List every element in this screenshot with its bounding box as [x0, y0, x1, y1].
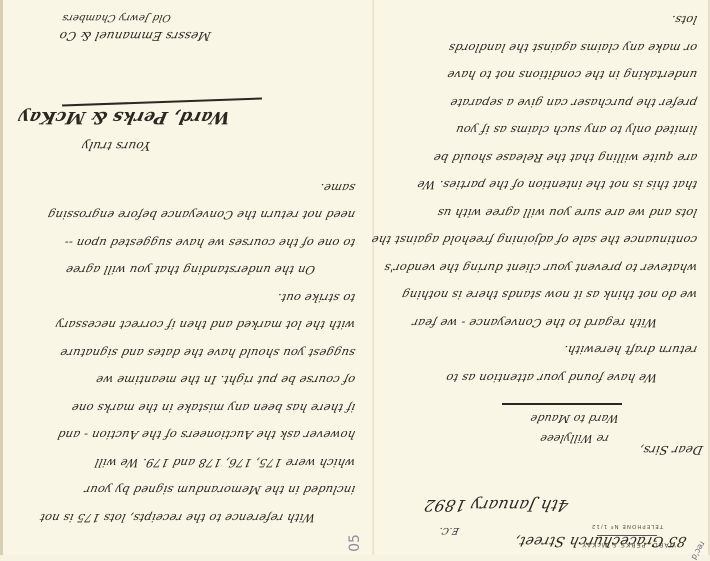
letter-line: which were 175, 176, 178 and 179. We wil…	[22, 449, 358, 477]
letter-line: same.	[22, 174, 358, 202]
letter-line: or make any claims against the landlords	[334, 34, 700, 62]
letter-line: if there has been any mistake in the mar…	[22, 394, 358, 422]
reference-line: re Willyleee	[539, 432, 610, 445]
addressee: Messrs Emmanuel & Co	[58, 29, 212, 43]
letter-line: we do not think as it now stands there i…	[334, 281, 700, 309]
letter-line: with the lot marked and then if correct …	[22, 311, 358, 339]
letter-line: need not return the Conveyance before en…	[22, 201, 358, 229]
letter-line: undertaking in the conditions not to hav…	[334, 61, 700, 89]
addressee-address: Old Jewry Chambers	[61, 12, 172, 23]
letter-line: to strike out.	[22, 284, 358, 312]
letter-line: included in the Memorandum signed by you…	[22, 476, 358, 504]
right-page-body: With reference to the receipts, lots 175…	[28, 174, 358, 532]
reference-subline: Ward to Maude	[529, 412, 620, 425]
letter-line: lots and we are sure you will agree with…	[334, 199, 700, 227]
signature: Ward, Perks & McKay	[17, 107, 232, 127]
letter-line: whatever to prevent your client during t…	[334, 254, 700, 282]
letterhead-telephone: TELEPHONE Nº 1/12	[552, 523, 702, 529]
letter-line: return draft herewith.	[334, 336, 700, 364]
letter-sheet: WARD, PERKS & McKAY, TELEPHONE Nº 1/12 r…	[0, 0, 710, 555]
letter-line: to one of the courses we have suggested …	[22, 229, 358, 257]
letter-line: of course be put right. In the meantime …	[22, 366, 358, 394]
reference-underline	[502, 404, 622, 406]
signature-underline	[62, 98, 262, 107]
page-left: WARD, PERKS & McKAY, TELEPHONE Nº 1/12 r…	[374, 0, 710, 555]
sender-address: 85 Gracechurch Street,	[513, 533, 688, 549]
salutation: Dear Sirs,	[638, 443, 704, 457]
letter-line: are quite willing that the Release shoul…	[334, 144, 700, 172]
left-page-body: We have found your attention as toreturn…	[340, 6, 700, 391]
letter-line: With reference to the receipts, lots 175…	[22, 504, 358, 532]
letter-line: continuance the sale of adjoining freeho…	[334, 226, 700, 254]
letter-line: On the understanding that you will agree	[22, 256, 358, 284]
sender-district: E.C.	[438, 525, 460, 535]
letter-line: that this is not the intention of the pa…	[334, 171, 700, 199]
letter-date: 4th January 1892	[422, 496, 570, 515]
letter-line: limited only to any such claims as if yo…	[334, 116, 700, 144]
letter-line: lots.	[334, 6, 700, 34]
letter-line: With regard to the Conveyance - we fear	[334, 309, 700, 337]
closing: Yours truly	[80, 139, 152, 153]
page-right: With reference to the receipts, lots 175…	[0, 0, 372, 555]
letter-line: however ask the Auctioneers of the Aucti…	[22, 421, 358, 449]
letter-line: prefer the purchaser can give a separate	[334, 89, 700, 117]
letter-line: suggest you should have the dates and si…	[22, 339, 358, 367]
letter-line: We have found your attention as to	[334, 364, 700, 392]
